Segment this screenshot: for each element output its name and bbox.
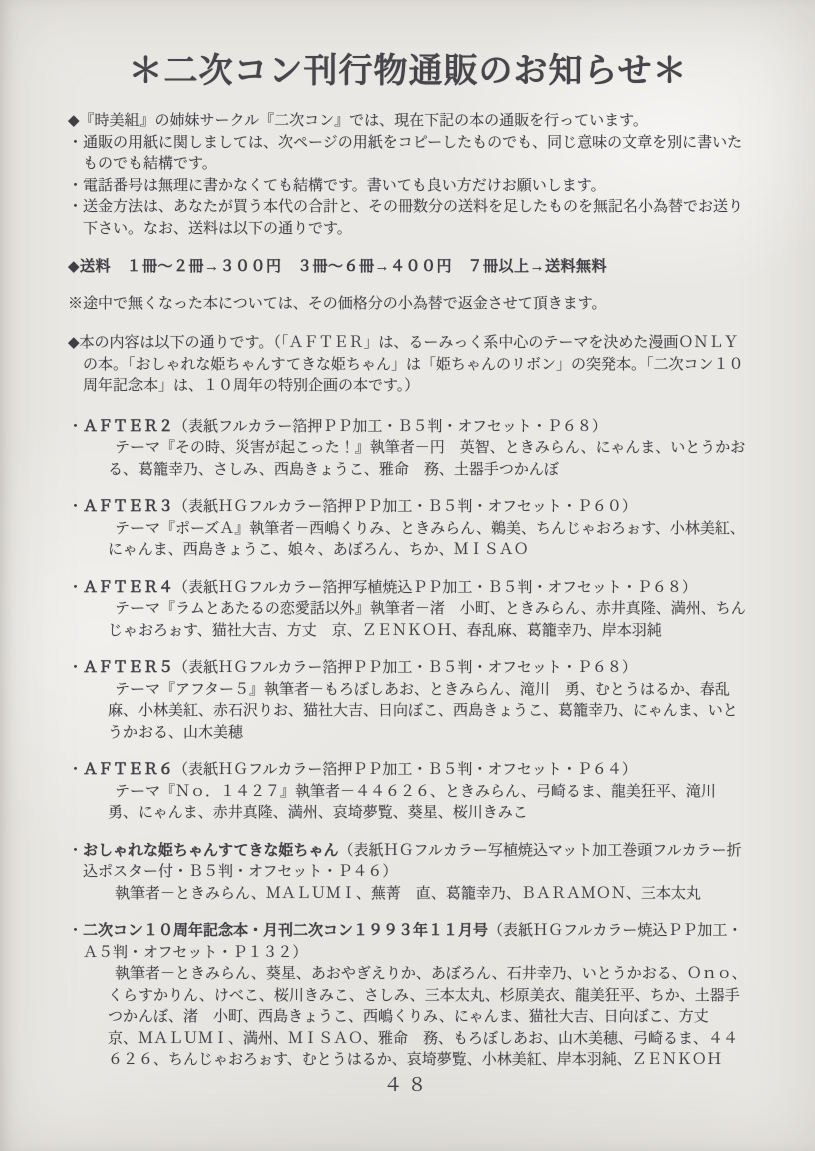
book-title: 二次コン１０周年記念本・月刊二次コン１９９３年１１月号 bbox=[83, 923, 488, 939]
book-entry: ・おしゃれな姫ちゃんすてきな姫ちゃん（表紙ＨＧフルカラー写植焼込マット加工巻頭フ… bbox=[68, 841, 748, 906]
book-description: 執筆者－ときみらん、ＭＡＬＵＭＩ、蕪菁 直、葛籠幸乃、ＢＡＲＡＭＯＮ、三本太丸 bbox=[108, 884, 748, 906]
bullet-marker: ・ bbox=[68, 419, 83, 435]
shipping-rates: ◆送料 １冊～２冊→３００円 ３冊～６冊→４００円 ７冊以上→送料無料 bbox=[68, 257, 748, 279]
bullet-marker: ・ bbox=[68, 580, 83, 596]
bullet-marker: ・ bbox=[68, 499, 83, 515]
intro-note: ・電話番号は無理に書かなくても結構です。書いても良い方だけお願いします。 bbox=[68, 176, 748, 198]
book-title-line: ・ＡＦＴＥＲ５（表紙ＨＧフルカラー箔押ＰＰ加工・Ｂ５判・オフセット・Ｐ６８） bbox=[68, 658, 748, 680]
scanned-document-page: ＊二次コン刊行物通販のお知らせ＊ ◆『時美組』の姉妹サークル『二次コン』では、現… bbox=[0, 0, 815, 1151]
book-title-line: ・ＡＦＴＥＲ４（表紙ＨＧフルカラー箔押写植焼込ＰＰ加工・Ｂ５判・オフセット・Ｐ６… bbox=[68, 578, 748, 600]
bullet-marker: ・ bbox=[68, 762, 83, 778]
book-spec: （表紙ＨＧフルカラー箔押ＰＰ加工・Ｂ５判・オフセット・Ｐ６８） bbox=[173, 660, 637, 676]
book-entry: ・ＡＦＴＥＲ３（表紙ＨＧフルカラー箔押ＰＰ加工・Ｂ５判・オフセット・Ｐ６０） テ… bbox=[68, 497, 748, 562]
book-title-line: ・おしゃれな姫ちゃんすてきな姫ちゃん（表紙ＨＧフルカラー写植焼込マット加工巻頭フ… bbox=[68, 841, 748, 884]
book-title-line: ・ＡＦＴＥＲ２（表紙フルカラー箔押ＰＰ加工・Ｂ５判・オフセット・Ｐ６８） bbox=[68, 417, 748, 439]
book-spec: （表紙フルカラー箔押ＰＰ加工・Ｂ５判・オフセット・Ｐ６８） bbox=[173, 419, 607, 435]
book-entry: ・ＡＦＴＥＲ５（表紙ＨＧフルカラー箔押ＰＰ加工・Ｂ５判・オフセット・Ｐ６８） テ… bbox=[68, 658, 748, 744]
book-title-line: ・二次コン１０周年記念本・月刊二次コン１９９３年１１月号（表紙ＨＧフルカラー焼込… bbox=[68, 921, 748, 964]
book-spec: （表紙ＨＧフルカラー箔押ＰＰ加工・Ｂ５判・オフセット・Ｐ６０） bbox=[173, 499, 637, 515]
book-entry: ・ＡＦＴＥＲ４（表紙ＨＧフルカラー箔押写植焼込ＰＰ加工・Ｂ５判・オフセット・Ｐ６… bbox=[68, 578, 748, 643]
book-description: テーマ『Ｎｏ．１４２７』執筆者－４４６２６、ときみらん、弓崎るま、龍美狂平、滝川… bbox=[108, 782, 748, 825]
bullet-marker: ・ bbox=[68, 843, 83, 859]
intro-section: ◆『時美組』の姉妹サークル『二次コン』では、現在下記の本の通販を行っています。 … bbox=[68, 111, 748, 240]
bullet-marker: ・ bbox=[68, 660, 83, 676]
page-number: ４８ bbox=[0, 1070, 815, 1097]
book-description: テーマ『ラムとあたるの恋愛話以外』執筆者－渚 小町、ときみらん、赤井真隆、満州、… bbox=[108, 599, 748, 642]
book-description: テーマ『その時、災害が起こった！』執筆者－円 英智、ときみらん、にゃんま、いとう… bbox=[108, 438, 748, 481]
page-title: ＊二次コン刊行物通販のお知らせ＊ bbox=[68, 50, 748, 94]
book-entry: ・二次コン１０周年記念本・月刊二次コン１９９３年１１月号（表紙ＨＧフルカラー焼込… bbox=[68, 921, 748, 1072]
book-title: ＡＦＴＥＲ６ bbox=[83, 762, 173, 778]
book-title: ＡＦＴＥＲ４ bbox=[83, 580, 173, 596]
book-description: テーマ『アフター５』執筆者－もろぼしあお、ときみらん、滝川 勇、むとうはるか、春… bbox=[108, 680, 748, 745]
book-title: ＡＦＴＥＲ５ bbox=[83, 660, 173, 676]
book-title-line: ・ＡＦＴＥＲ６（表紙ＨＧフルカラー箔押ＰＰ加工・Ｂ５判・オフセット・Ｐ６４） bbox=[68, 760, 748, 782]
book-description: 執筆者－ときみらん、葵星、あおやぎえりか、あぼろん、石井幸乃、いとうかおる、Ｏｎ… bbox=[108, 964, 748, 1072]
book-title-line: ・ＡＦＴＥＲ３（表紙ＨＧフルカラー箔押ＰＰ加工・Ｂ５判・オフセット・Ｐ６０） bbox=[68, 497, 748, 519]
book-entry: ・ＡＦＴＥＲ２（表紙フルカラー箔押ＰＰ加工・Ｂ５判・オフセット・Ｐ６８） テーマ… bbox=[68, 417, 748, 482]
page-content: ＊二次コン刊行物通販のお知らせ＊ ◆『時美組』の姉妹サークル『二次コン』では、現… bbox=[0, 0, 815, 1072]
book-spec: （表紙ＨＧフルカラー箔押ＰＰ加工・Ｂ５判・オフセット・Ｐ６４） bbox=[173, 762, 637, 778]
book-entry: ・ＡＦＴＥＲ６（表紙ＨＧフルカラー箔押ＰＰ加工・Ｂ５判・オフセット・Ｐ６４） テ… bbox=[68, 760, 748, 825]
book-title: ＡＦＴＥＲ２ bbox=[83, 419, 173, 435]
intro-lead: ◆『時美組』の姉妹サークル『二次コン』では、現在下記の本の通販を行っています。 bbox=[68, 111, 748, 133]
bullet-marker: ・ bbox=[68, 923, 83, 939]
book-spec: （表紙ＨＧフルカラー箔押写植焼込ＰＰ加工・Ｂ５判・オフセット・Ｐ６８） bbox=[173, 580, 697, 596]
intro-note: ・送金方法は、あなたが買う本代の合計と、その冊数分の送料を足したものを無記名小為… bbox=[68, 197, 748, 240]
book-title: ＡＦＴＥＲ３ bbox=[83, 499, 173, 515]
book-title: おしゃれな姫ちゃんすてきな姫ちゃん bbox=[83, 843, 338, 859]
refund-note: ※途中で無くなった本については、その価格分の小為替で返金させて頂きます。 bbox=[68, 294, 748, 316]
intro-note: ・通販の用紙に関しましては、次ページの用紙をコピーしたものでも、同じ意味の文章を… bbox=[68, 133, 748, 176]
contents-intro: ◆本の内容は以下の通りです。（「ＡＦＴＥＲ」は、るーみっく系中心のテーマを決めた… bbox=[68, 333, 748, 398]
book-description: テーマ『ポーズＡ』執筆者－西嶋くりみ、ときみらん、鵜美、ちんじゃおろぉす、小林美… bbox=[108, 519, 748, 562]
